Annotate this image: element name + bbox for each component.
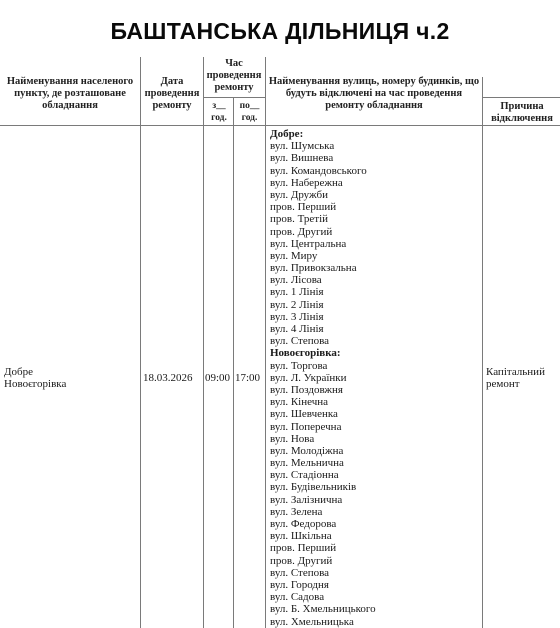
street-item: вул. 2 Лінія bbox=[270, 299, 376, 311]
street-item: вул. Нова bbox=[270, 433, 376, 445]
street-item: вул. Степова bbox=[270, 567, 376, 579]
street-item: вул. Л. Українки bbox=[270, 372, 376, 384]
page-title: БАШТАНСЬКА ДІЛЬНИЦЯ ч.2 bbox=[0, 18, 560, 45]
streets-list: Добре:вул. Шумськавул. Вишневавул. Коман… bbox=[270, 128, 376, 628]
street-item: вул. Степова bbox=[270, 335, 376, 347]
time-subheader-divider bbox=[203, 97, 265, 98]
street-item: вул. Лісова bbox=[270, 274, 376, 286]
column-divider bbox=[265, 57, 266, 628]
time-from-cell: 09:00 bbox=[205, 372, 233, 384]
street-item: вул. Командовського bbox=[270, 165, 376, 177]
column-divider bbox=[233, 97, 234, 628]
header-time-from: з__ год. bbox=[206, 100, 232, 124]
street-item: вул. Залізнична bbox=[270, 494, 376, 506]
street-item: вул. 4 Лінія bbox=[270, 323, 376, 335]
street-item: вул. Шумська bbox=[270, 140, 376, 152]
street-item: вул. Дружби bbox=[270, 189, 376, 201]
street-item: вул. Торгова bbox=[270, 360, 376, 372]
street-item: вул. Поперечна bbox=[270, 421, 376, 433]
street-item: пров. Другий bbox=[270, 226, 376, 238]
column-divider bbox=[482, 77, 483, 628]
settlement-name: Новоєгорівка bbox=[4, 378, 138, 390]
street-item: пров. Другий bbox=[270, 555, 376, 567]
street-item: вул. Молодіжна bbox=[270, 445, 376, 457]
header-settlement: Найменування населеного пункту, де розта… bbox=[4, 76, 136, 112]
street-item: вул. Привокзальна bbox=[270, 262, 376, 274]
street-item: пров. Третій bbox=[270, 213, 376, 225]
street-item: вул. Будівельників bbox=[270, 481, 376, 493]
street-item: вул. Поздовжня bbox=[270, 384, 376, 396]
street-item: вул. Миру bbox=[270, 250, 376, 262]
settlement-name: Добре bbox=[4, 366, 138, 378]
street-item: вул. 3 Лінія bbox=[270, 311, 376, 323]
street-item: вул. Мельнична bbox=[270, 457, 376, 469]
street-item: вул. Вишнева bbox=[270, 152, 376, 164]
column-divider bbox=[140, 57, 141, 628]
header-streets: Найменування вулиць, номеру будинків, що… bbox=[268, 76, 480, 112]
street-item: вул. Шевченка bbox=[270, 408, 376, 420]
street-item: вул. Федорова bbox=[270, 518, 376, 530]
reason-cell: Капітальний ремонт bbox=[486, 366, 546, 391]
date-cell: 18.03.2026 bbox=[143, 372, 203, 384]
street-group-heading: Новоєгорівка: bbox=[270, 347, 376, 359]
header-time-to: по__ год. bbox=[235, 100, 264, 124]
header-time: Час проведення ремонту bbox=[203, 58, 265, 94]
street-item: пров. Перший bbox=[270, 542, 376, 554]
street-item: вул. Садова bbox=[270, 591, 376, 603]
street-item: вул. Шкільна bbox=[270, 530, 376, 542]
header-reason: Причина відключення bbox=[484, 101, 560, 125]
header-date: Дата проведення ремонту bbox=[141, 76, 203, 112]
street-item: вул. Хмельницька bbox=[270, 616, 376, 628]
street-item: вул. 1 Лінія bbox=[270, 286, 376, 298]
street-item: вул. Центральна bbox=[270, 238, 376, 250]
street-item: вул. Набережна bbox=[270, 177, 376, 189]
settlement-cell: Добре Новоєгорівка bbox=[4, 366, 138, 391]
header-bottom-divider bbox=[0, 125, 560, 126]
time-to-cell: 17:00 bbox=[235, 372, 265, 384]
street-item: вул. Кінечна bbox=[270, 396, 376, 408]
street-group-heading: Добре: bbox=[270, 128, 376, 140]
reason-header-top bbox=[482, 97, 560, 98]
street-item: вул. Стадіонна bbox=[270, 469, 376, 481]
street-item: вул. Зелена bbox=[270, 506, 376, 518]
street-item: вул. Городня bbox=[270, 579, 376, 591]
street-item: пров. Перший bbox=[270, 201, 376, 213]
column-divider bbox=[203, 57, 204, 628]
street-item: вул. Б. Хмельницького bbox=[270, 603, 376, 615]
